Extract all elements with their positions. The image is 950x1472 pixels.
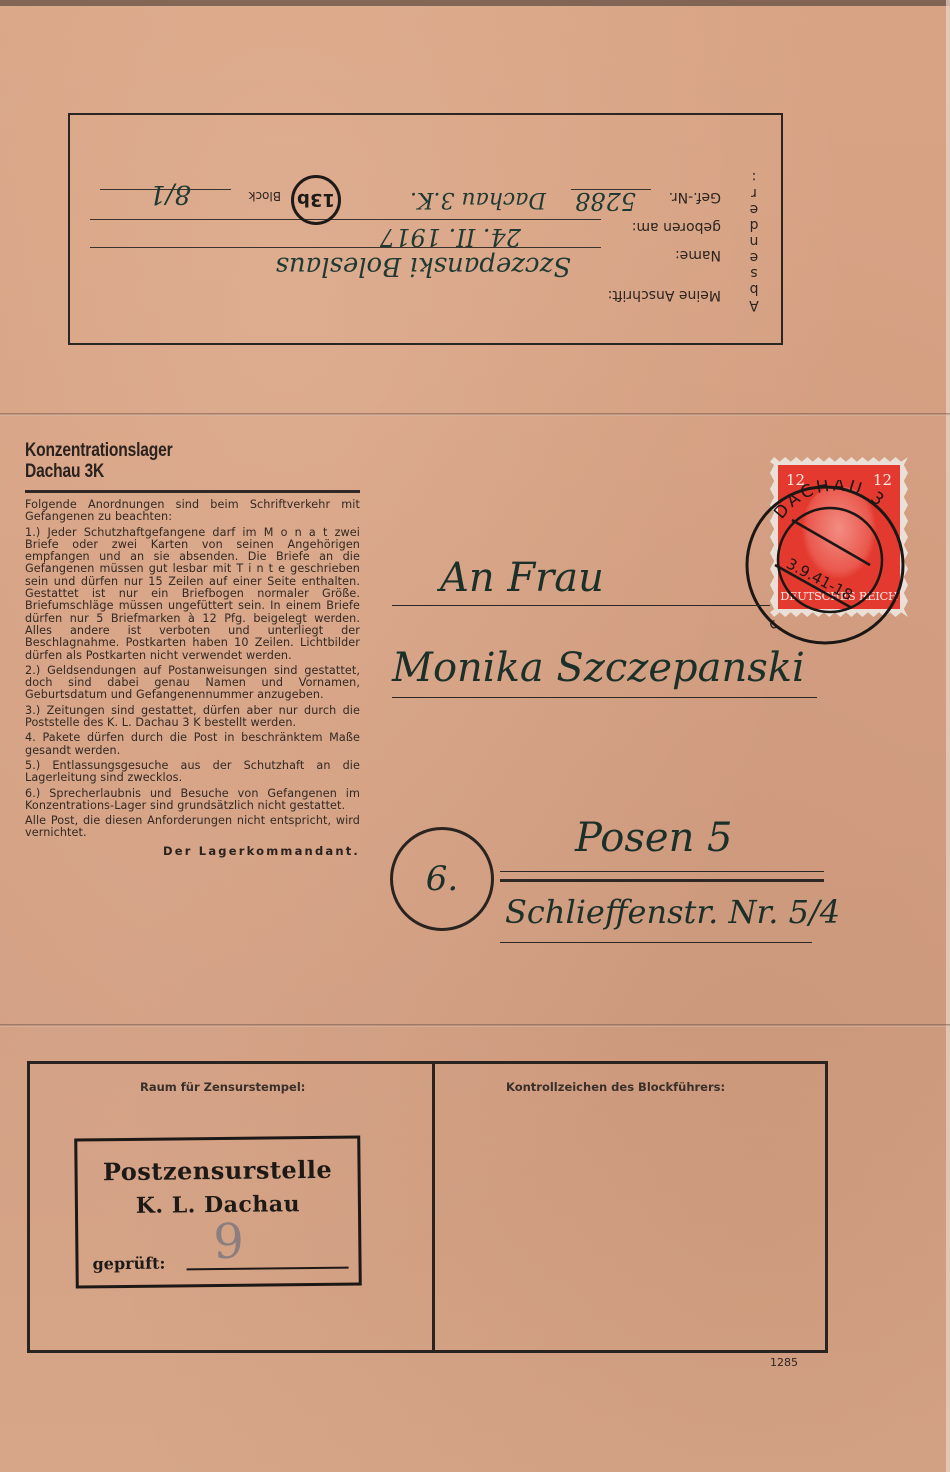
censor-checked-label: geprüft: [92,1254,165,1274]
birth-value: 24. II. 1917 [380,223,521,251]
censor-stamp: Postzensurstelle K. L. Dachau geprüft: 9 [74,1136,362,1289]
postmark-letter: c [766,616,781,634]
camp-value: Dachau 3.K. [410,187,546,212]
camp-title-line1: Konzentrationslager [25,440,300,461]
address-line-2 [392,697,817,698]
regulation-4: 4. Pakete dürfen durch die Post in besch… [25,732,360,757]
prisoner-no-label: Gef.-Nr. [669,189,721,205]
camp-regulations: Konzentrationslager Dachau 3K Folgende A… [25,440,360,858]
block-value: 8/1 [149,179,191,209]
birth-line [90,219,601,220]
stamp-value-right: 12 [873,471,892,489]
address-street: Schlieffenstr. Nr. 5/4 [505,893,840,931]
regulation-6: 6.) Sprecherlaubnis und Besuche von Gefa… [25,788,360,813]
regulation-intro: Folgende Anordnungen sind beim Schriftve… [25,499,360,524]
page-top-edge [0,0,950,6]
sender-heading: Absender: [745,169,765,313]
address-salutation: An Frau [440,555,604,601]
address-label: Meine Anschrift: [608,287,721,303]
stamp-value-left: 12 [786,471,805,489]
address-line-3-double [500,879,824,882]
regulation-1: 1.) Jeder Schutzhaftgefangene darf im M … [25,527,360,662]
commandant-signature: Der Lagerkommandant. [25,844,360,858]
censor-stamp-office: Postzensurstelle [77,1155,357,1187]
stamp-face: 12 12 DEUTSCHES REICH [778,465,900,609]
prisoner-no-value: 5288 [575,187,636,215]
name-line [90,247,601,248]
office-use-box: Raum für Zensurstempel: Kontrollzeichen … [27,1061,828,1353]
regulation-3: 3.) Zeitungen sind gestattet, dürfen abe… [25,705,360,730]
form-number: 1285 [770,1356,798,1369]
name-label: Name: [675,247,721,263]
address-recipient: Monika Szczepanski [392,645,805,691]
block-label: Block [249,189,281,203]
stamp-country: DEUTSCHES REICH [778,589,900,603]
sender-prisoner-row: Gef.-Nr. 5288 Dachau 3.K. 13b Block 8/1 [90,185,721,213]
sender-birth-row: geboren am: 24. II. 1917 [90,215,721,243]
address-line-3 [500,871,824,872]
fold-line [0,1024,950,1027]
title-rule [25,490,360,493]
postal-zone-circle: 6. [390,827,494,931]
sender-box: Absender: Meine Anschrift: Name: Szczepa… [68,113,783,345]
censor-checked-line [187,1267,349,1271]
birth-label: geboren am: [632,219,721,235]
sender-name-value: Szczepanski Boleslaus [276,251,571,281]
postal-zone: 6. [426,859,458,899]
block-leader-label: Kontrollzeichen des Blockführers: [506,1080,725,1094]
box-divider [432,1064,435,1350]
postage-stamp: 12 12 DEUTSCHES REICH [770,457,908,617]
camp-title-line2: Dachau 3K [25,461,300,482]
sender-address-row: Meine Anschrift: [90,315,721,343]
regulation-5: 5.) Entlassungsgesuche aus der Schutzhaf… [25,760,360,785]
block-stamp-text: 13b [297,190,335,211]
block-circle-stamp: 13b [291,175,341,225]
address-line-4 [500,942,812,943]
censor-space-label: Raum für Zensurstempel: [140,1080,305,1094]
address-line-1 [392,605,770,606]
letter-form: Absender: Meine Anschrift: Name: Szczepa… [0,0,950,1472]
page-right-edge [946,0,950,1472]
regulation-closing: Alle Post, die diesen Anforderungen nich… [25,815,360,840]
censor-pencil-mark: 9 [213,1214,244,1270]
fold-line [0,413,950,416]
address-city: Posen 5 [575,815,733,861]
stamp-portrait-area [802,487,876,579]
regulation-2: 2.) Geldsendungen auf Postanweisungen si… [25,665,360,702]
